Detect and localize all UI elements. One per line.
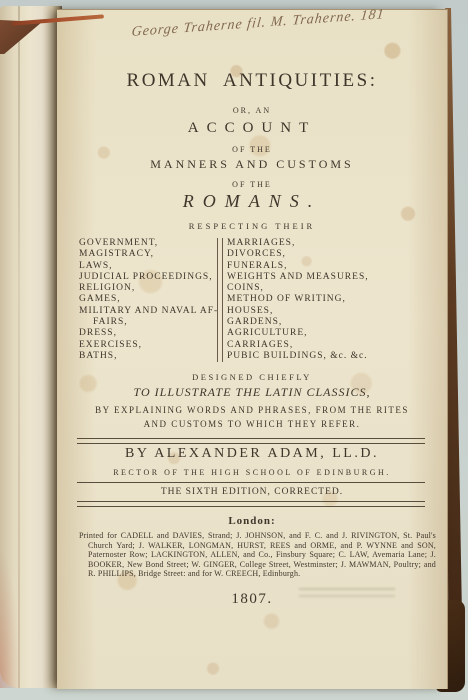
book-title: ROMAN ANTIQUITIES: xyxy=(57,70,447,92)
horizontal-rule-single xyxy=(77,482,425,483)
topic-item: METHOD OF WRITING, xyxy=(227,294,431,305)
book-photograph: George Traherne fil. M. Traherne. 181 RO… xyxy=(0,0,468,700)
subtitle-or-an: OR, AN xyxy=(57,106,447,115)
designed-chiefly-label: DESIGNED CHIEFLY xyxy=(57,372,447,382)
topic-item: JUDICIAL PROCEEDINGS, xyxy=(79,272,217,283)
explaining-line-1: BY EXPLAINING WORDS AND PHRASES, FROM TH… xyxy=(57,405,447,415)
topic-item: CARRIAGES, xyxy=(227,340,431,351)
subtitle-of-the-2: OF THE xyxy=(57,180,447,189)
respecting-their-label: RESPECTING THEIR xyxy=(57,221,447,231)
topic-item: MARRIAGES, xyxy=(227,238,431,249)
topic-item: GAMES, xyxy=(79,294,217,305)
topic-item: BATHS, xyxy=(79,351,217,362)
topic-item: WEIGHTS AND MEASURES, xyxy=(227,272,431,283)
subtitle-account: ACCOUNT xyxy=(57,120,447,137)
subtitle-romans: ROMANS. xyxy=(57,191,447,212)
publication-city: London: xyxy=(57,515,447,527)
topics-list: GOVERNMENT, MAGISTRACY, LAWS, JUDICIAL P… xyxy=(79,238,431,362)
page-edge-tint xyxy=(0,548,20,688)
topic-item: PUBIC BUILDINGS, &c. &c. xyxy=(227,351,431,362)
topic-item: HOUSES, xyxy=(227,306,431,317)
topic-item: FUNERALS, xyxy=(227,261,431,272)
column-divider-rule xyxy=(217,238,223,362)
topic-item: FAIRS, xyxy=(79,317,217,328)
topic-item: MILITARY AND NAVAL AF- xyxy=(79,306,217,317)
topic-item: AGRICULTURE, xyxy=(227,328,431,339)
author-title: RECTOR OF THE HIGH SCHOOL OF EDINBURGH. xyxy=(57,468,447,477)
topic-item: GOVERNMENT, xyxy=(79,238,217,249)
topic-item: DIVORCES, xyxy=(227,249,431,260)
topic-item: GARDENS, xyxy=(227,317,431,328)
topic-item: LAWS, xyxy=(79,261,217,272)
topic-item: COINS, xyxy=(227,283,431,294)
handwritten-inscription: George Traherne fil. M. Traherne. 181 xyxy=(75,3,442,45)
edition-statement: THE SIXTH EDITION, CORRECTED. xyxy=(57,487,447,497)
explaining-line-2: AND CUSTOMS TO WHICH THEY REFER. xyxy=(57,419,447,429)
topic-item: MAGISTRACY, xyxy=(79,249,217,260)
topics-column-left: GOVERNMENT, MAGISTRACY, LAWS, JUDICIAL P… xyxy=(79,238,217,362)
horizontal-rule-double xyxy=(77,501,425,507)
topic-item: RELIGION, xyxy=(79,283,217,294)
illustrate-latin-classics-label: TO ILLUSTRATE THE LATIN CLASSICS, xyxy=(57,385,447,400)
topics-column-right: MARRIAGES, DIVORCES, FUNERALS, WEIGHTS A… xyxy=(227,238,431,362)
verso-show-through xyxy=(299,588,395,602)
subtitle-of-the-1: OF THE xyxy=(57,145,447,154)
author-name: BY ALEXANDER ADAM, LL.D. xyxy=(57,446,447,462)
horizontal-rule-double xyxy=(77,438,425,444)
topic-item: DRESS, xyxy=(79,328,217,339)
facing-page-edge xyxy=(0,6,62,688)
publisher-imprint: Printed for CADELL and DAVIES, Strand; J… xyxy=(79,531,436,579)
topic-item: EXERCISES, xyxy=(79,340,217,351)
title-page: George Traherne fil. M. Traherne. 181 RO… xyxy=(57,9,448,689)
subtitle-manners-customs: MANNERS AND CUSTOMS xyxy=(57,157,447,172)
